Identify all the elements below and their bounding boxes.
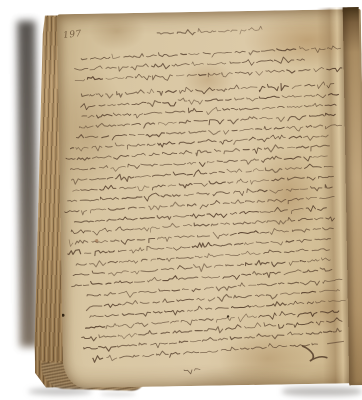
book-spine-blur [17, 21, 38, 347]
manuscript-photo: 197 [0, 0, 362, 400]
handwriting-svg [57, 9, 362, 388]
book: 197 [19, 7, 362, 391]
book-shadow-mid [100, 392, 136, 396]
book-shadow-right [282, 387, 362, 396]
book-shadow-left [28, 388, 92, 395]
page-number-label: 197 [63, 29, 83, 41]
